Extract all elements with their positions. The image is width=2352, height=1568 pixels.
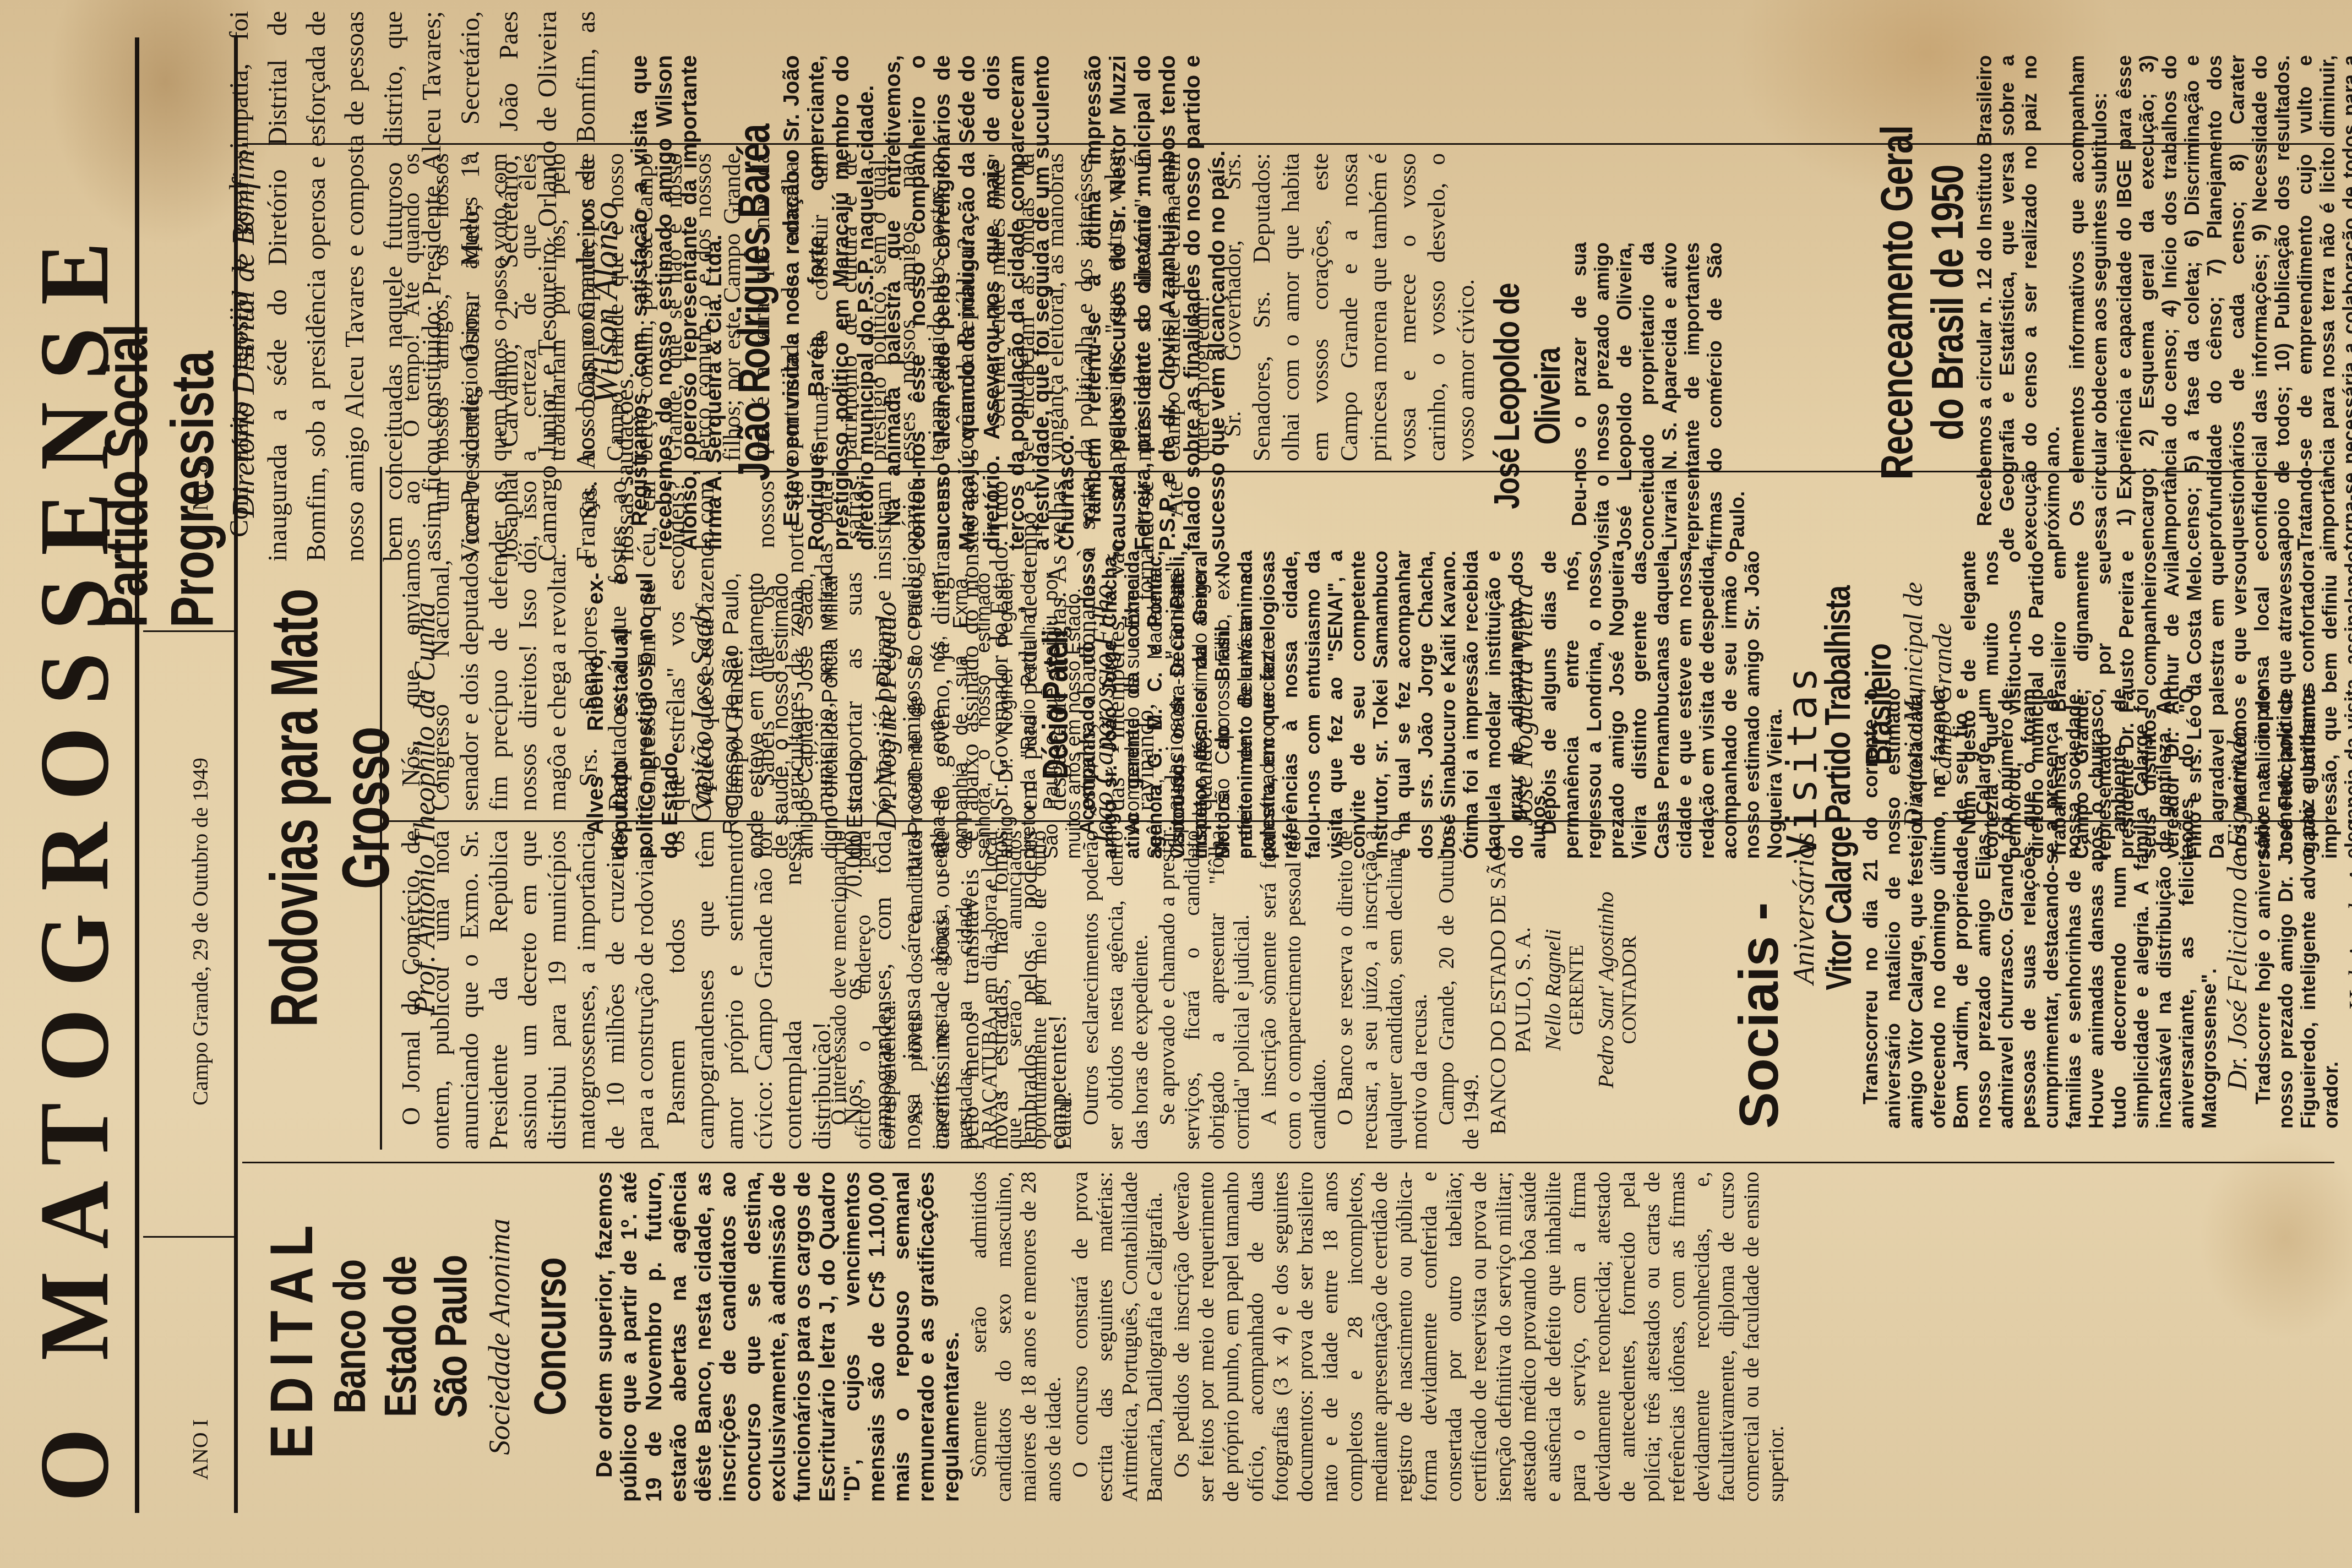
recenseamento-article: Recenceamento Geral do Brasil de 1950 Re… bbox=[1872, 55, 2352, 551]
ptb-subtitle: Diretorio Municipal de bbox=[1899, 551, 1928, 859]
column-rule bbox=[242, 1162, 2334, 1163]
nogueira-text: Depois de alguns dias de permanência ent… bbox=[1538, 551, 1786, 859]
edital-paragraph: Os pedidos de inscrição deverão ser feit… bbox=[1169, 1172, 1788, 1502]
edital-paragraph: O Banco se reserva o direito de recusar,… bbox=[1332, 830, 1431, 1150]
nota-text: Regressou de São Paulo, onde esteve em t… bbox=[719, 573, 868, 859]
rodovias-paragraph: Sr. Governador, Srs. Senadores, Srs. Dep… bbox=[1218, 153, 1480, 461]
nota-heading: Capitão Jose Saab bbox=[685, 573, 719, 859]
recenseamento-title-2: do Brasil de 1950 bbox=[1923, 110, 1973, 496]
edital-paragraph: Outros esclarecimentos poderão ser obtid… bbox=[1078, 830, 1152, 1150]
recenseamento-paragraph: Recebemos a circular n. 12 do Instituto … bbox=[1973, 55, 2064, 551]
signature-role: CONTADOR bbox=[1618, 830, 1641, 1150]
signature-name: Pedro Sant' Agostinho bbox=[1593, 830, 1618, 1150]
dateline-divider bbox=[143, 1236, 234, 1238]
edital-title: Banco do Estado de bbox=[325, 1208, 426, 1466]
rodovias-rule bbox=[380, 467, 382, 1150]
edital-subtitle: Sociedade Anonima bbox=[481, 1172, 518, 1502]
decio-title: Décio Pateli bbox=[1035, 581, 1076, 828]
edital-paragraph: Sòmente serão admitidos candidatos do se… bbox=[966, 1172, 1065, 1502]
barea-title: João Rodrigues Baréa bbox=[729, 110, 780, 496]
barea-paragraph: Na animada palestra que entretivemos, co… bbox=[881, 55, 1079, 551]
rodovias-col-1: O Jornal do Comércio, de ontem, publicou… bbox=[396, 830, 1074, 1150]
edital-paragraph: A inscrição sòmente será feita com o com… bbox=[1256, 830, 1330, 1150]
nogueira-article: José Nogueira Vieira Depois de alguns di… bbox=[1509, 551, 2352, 859]
psp-body: Com muito regosijo e geral simpatia, foi… bbox=[220, 11, 646, 562]
date-label: Campo Grande, 29 de Outubro de 1949 bbox=[187, 758, 213, 1106]
psp-title: Partido Social Progressista bbox=[94, 155, 226, 628]
rodovias-paragraph: O Jornal do Comércio, de ontem, publicou… bbox=[396, 830, 659, 1150]
edital-title-2: São Paulo bbox=[426, 1208, 477, 1466]
year-label: ANO I bbox=[187, 1419, 213, 1480]
notas-lead: Alves Ribeiro, ex-deputado estadual e po… bbox=[584, 573, 683, 859]
edital-article: EDITAL Banco do Estado de São Paulo Soci… bbox=[259, 1172, 1790, 1502]
leopoldo-article: José Leopoldo de Oliveira Deu-nos o praz… bbox=[1487, 242, 1751, 551]
wilson-note: Wilson Alonso Registramos com satisfação… bbox=[584, 55, 1232, 551]
barea-paragraph: Esteve em visita a nossa redação o Sr. J… bbox=[780, 55, 879, 551]
ptb-title-2: Brasileiro bbox=[1858, 581, 1899, 828]
ptb-subtitle-2: Campo Grande bbox=[1928, 551, 1957, 859]
leopoldo-text: Deu-nos o prazer de sua visita o nosso p… bbox=[1568, 242, 1749, 551]
ptb-text: Num gesto de elegante cortezia que muito… bbox=[1957, 551, 2352, 859]
decio-text: Acompanhado do nosso amigo sr. João Jorg… bbox=[1076, 551, 1550, 859]
concurso-heading: Concurso bbox=[525, 1208, 576, 1466]
edital-signatory: BANCO DO ESTADO DE SÃO PAULO, S. A. bbox=[1485, 830, 1535, 1150]
wilson-text: Registramos com satisfação a visita que … bbox=[628, 55, 727, 551]
edital-paragraph: De ordem superior, fazemos público que a… bbox=[592, 1172, 964, 1502]
nogueira-heading: José Nogueira Vieira bbox=[1509, 551, 1538, 859]
psp-paragraph: Com muito regosijo e geral simpatia, foi… bbox=[220, 11, 644, 562]
leopoldo-title: José Leopoldo de Oliveira bbox=[1487, 273, 1568, 520]
wilson-heading: Wilson Alonso bbox=[584, 55, 628, 551]
recenseamento-paragraph: 1) Experiência e capacidade do IBGE para… bbox=[2113, 55, 2352, 551]
rodovias-paragraph: Pasmem todos os campograndenses que têm … bbox=[661, 830, 836, 1150]
recenseamento-title: Recenceamento Geral bbox=[1872, 110, 1923, 496]
nota-heading: Dr. Noginel Pegado bbox=[870, 573, 904, 859]
signature-role: GERENTE bbox=[1565, 830, 1588, 1150]
ptb-title: Partido Trabalhista bbox=[1817, 581, 1858, 828]
edital-paragraph: O concurso constará de prova escrita das… bbox=[1068, 1172, 1167, 1502]
barea-paragraph: Tambem referiu-se à ótima impressão caus… bbox=[1081, 55, 1230, 551]
signature-name: Nello Ragneli bbox=[1540, 830, 1565, 1150]
edital-kicker: EDITAL bbox=[259, 1196, 325, 1477]
visitas-title: Visitas bbox=[1788, 551, 1817, 859]
dateline-divider bbox=[143, 630, 234, 632]
recenseamento-paragraph: Os elementos informativos que acompanham… bbox=[2066, 55, 2111, 551]
decio-article: Décio Pateli Acompanhado do nosso amigo … bbox=[1035, 551, 1552, 859]
edital-paragraph: Se aprovado e chamado a prestar serviços… bbox=[1155, 830, 1254, 1150]
edital-place-date: Campo Grande, 20 de Outubro de 1949. bbox=[1434, 830, 1483, 1150]
rodovias-paragraph: Nós, os 70.000 campograndenses, com tôda… bbox=[839, 830, 1072, 1150]
